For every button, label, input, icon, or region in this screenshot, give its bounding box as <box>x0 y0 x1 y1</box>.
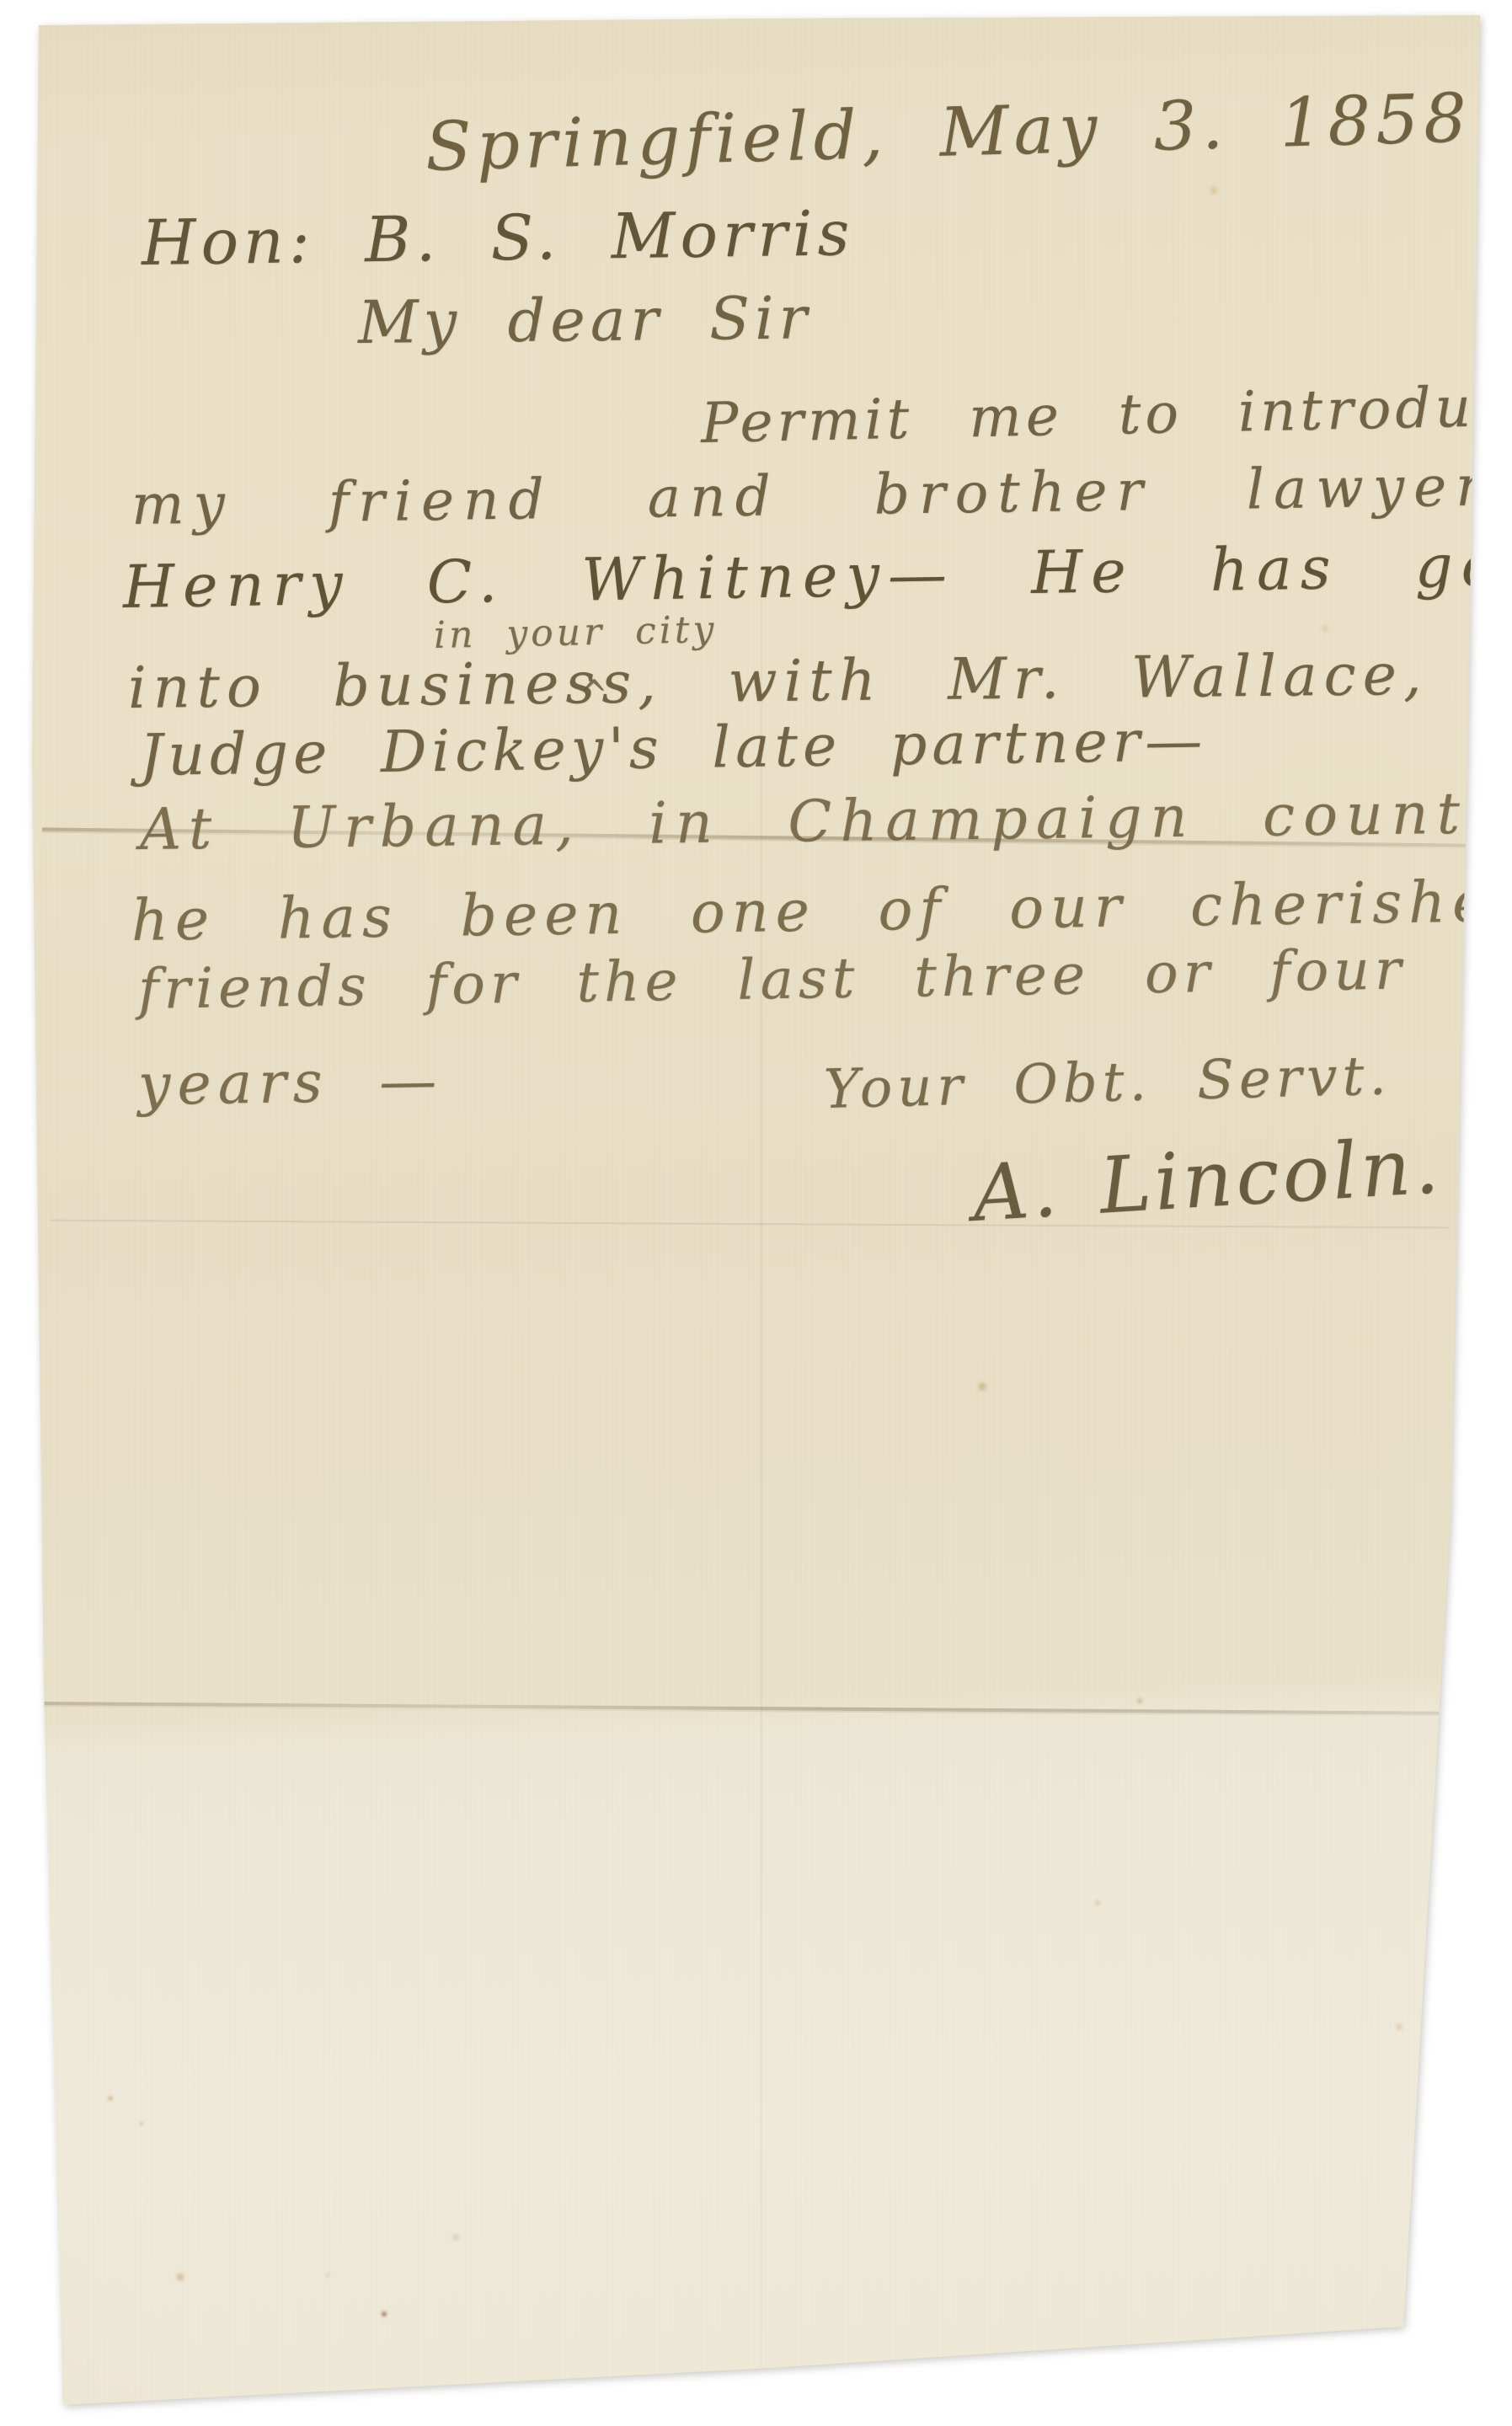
letter-body-line-6: At Urbana, in Champaign county <box>140 785 1509 859</box>
letter-paper: Springfield, May 3. 1858 Hon: B. S. Morr… <box>0 0 1512 2426</box>
letter-recipient: Hon: B. S. Morris <box>141 202 854 275</box>
letter-body-line-9: years — <box>138 1053 444 1114</box>
letter-salutation: My dear Sir <box>358 288 813 352</box>
letter-closing: Your Obt. Servt. <box>823 1050 1392 1117</box>
letter-body-line-4: into business, with Mr. Wallace, <box>128 647 1429 718</box>
letter-photograph: Springfield, May 3. 1858 Hon: B. S. Morr… <box>0 0 1512 2426</box>
letter-body-line-1: Permit me to introduce <box>700 378 1512 452</box>
paper-shadow-wrapper: Springfield, May 3. 1858 Hon: B. S. Morr… <box>0 0 1512 2426</box>
foxing-spots <box>0 0 2 2</box>
letter-interlineation: in your city <box>434 612 718 655</box>
letter-body-line-5: Judge Dickey's late partner— <box>140 713 1208 785</box>
